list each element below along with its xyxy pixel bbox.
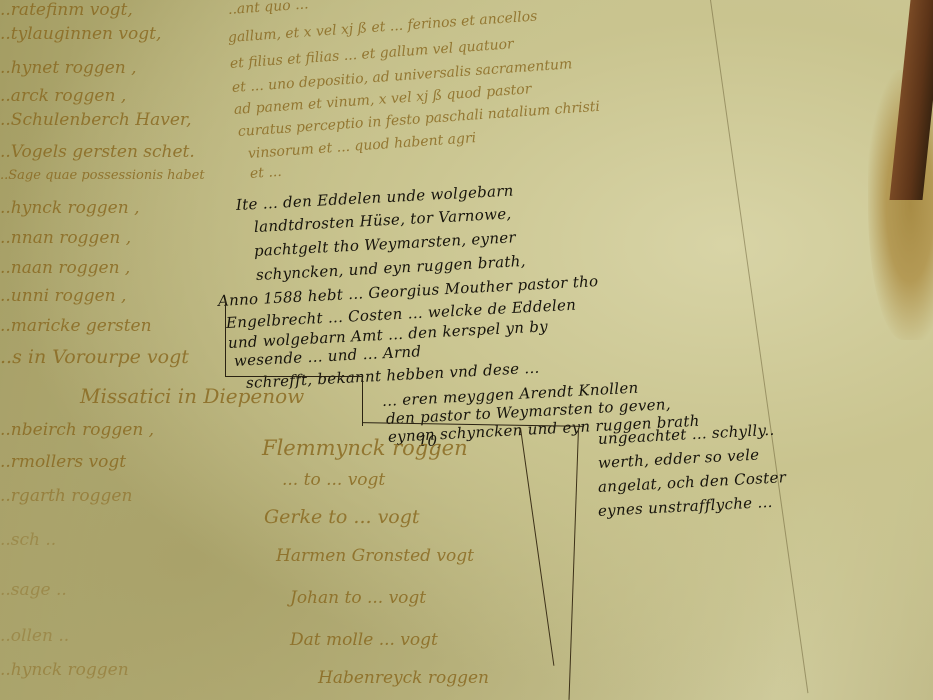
entry-bracket-left [225, 300, 226, 376]
left-line: ..sch .. [0, 530, 56, 550]
left-line: ..Schulenberch Haver, [0, 110, 192, 130]
left-line: ..tylauginnen vogt, [0, 24, 161, 44]
left-line: ..nnan roggen , [0, 228, 131, 248]
manuscript-page: ..ratefinm vogt, ..tylauginnen vogt, ..h… [0, 0, 933, 700]
left-line: ..Vogels gersten schet. [0, 142, 195, 162]
center-line: Dat molle ... vogt [290, 630, 438, 650]
left-line: ..s in Vorourpe vogt [0, 346, 189, 368]
left-line: ..arck roggen , [0, 86, 126, 106]
paper-crack [569, 428, 579, 700]
center-line: ... to ... vogt [282, 470, 385, 490]
left-line: ..Sage quae possessionis habet [0, 168, 205, 183]
center-line: Gerke to ... vogt [264, 506, 420, 528]
left-line: ..naan roggen , [0, 258, 130, 278]
left-line: ..rgarth roggen [0, 486, 132, 506]
center-line: Harmen Gronsted vogt [276, 546, 474, 566]
left-line: ..ollen .. [0, 626, 69, 646]
left-line: ..ratefinm vogt, [0, 0, 133, 20]
left-line: ..hynet roggen , [0, 58, 137, 78]
entry-continuation-line: werth, edder so vele [598, 446, 760, 472]
left-line: ..nbeirch roggen , [0, 420, 154, 440]
left-line: ..hynck roggen , [0, 198, 139, 218]
entry-continuation-line: angelat, och den Coster [598, 468, 787, 496]
paper-crack [520, 428, 554, 666]
entry-bracket-mid [362, 378, 363, 426]
center-line: Johan to ... vogt [290, 588, 426, 608]
latin-line: et ... [249, 164, 282, 182]
left-line: ..maricke gersten [0, 316, 152, 336]
entry-continuation-line: eynes unstrafflyche ... [598, 493, 774, 520]
entry-bracket-bottom-left [225, 376, 363, 377]
page-fold-line [710, 0, 808, 693]
left-line: ..hynck roggen [0, 660, 129, 680]
center-line: Habenreyck roggen [318, 668, 489, 688]
left-line: ..rmollers vogt [0, 452, 126, 472]
latin-line: ..ant quo ... [227, 0, 308, 18]
left-line: ..unni roggen , [0, 286, 126, 306]
left-line: ..sage .. [0, 580, 67, 600]
center-line: Flemmynck roggen [262, 436, 468, 460]
